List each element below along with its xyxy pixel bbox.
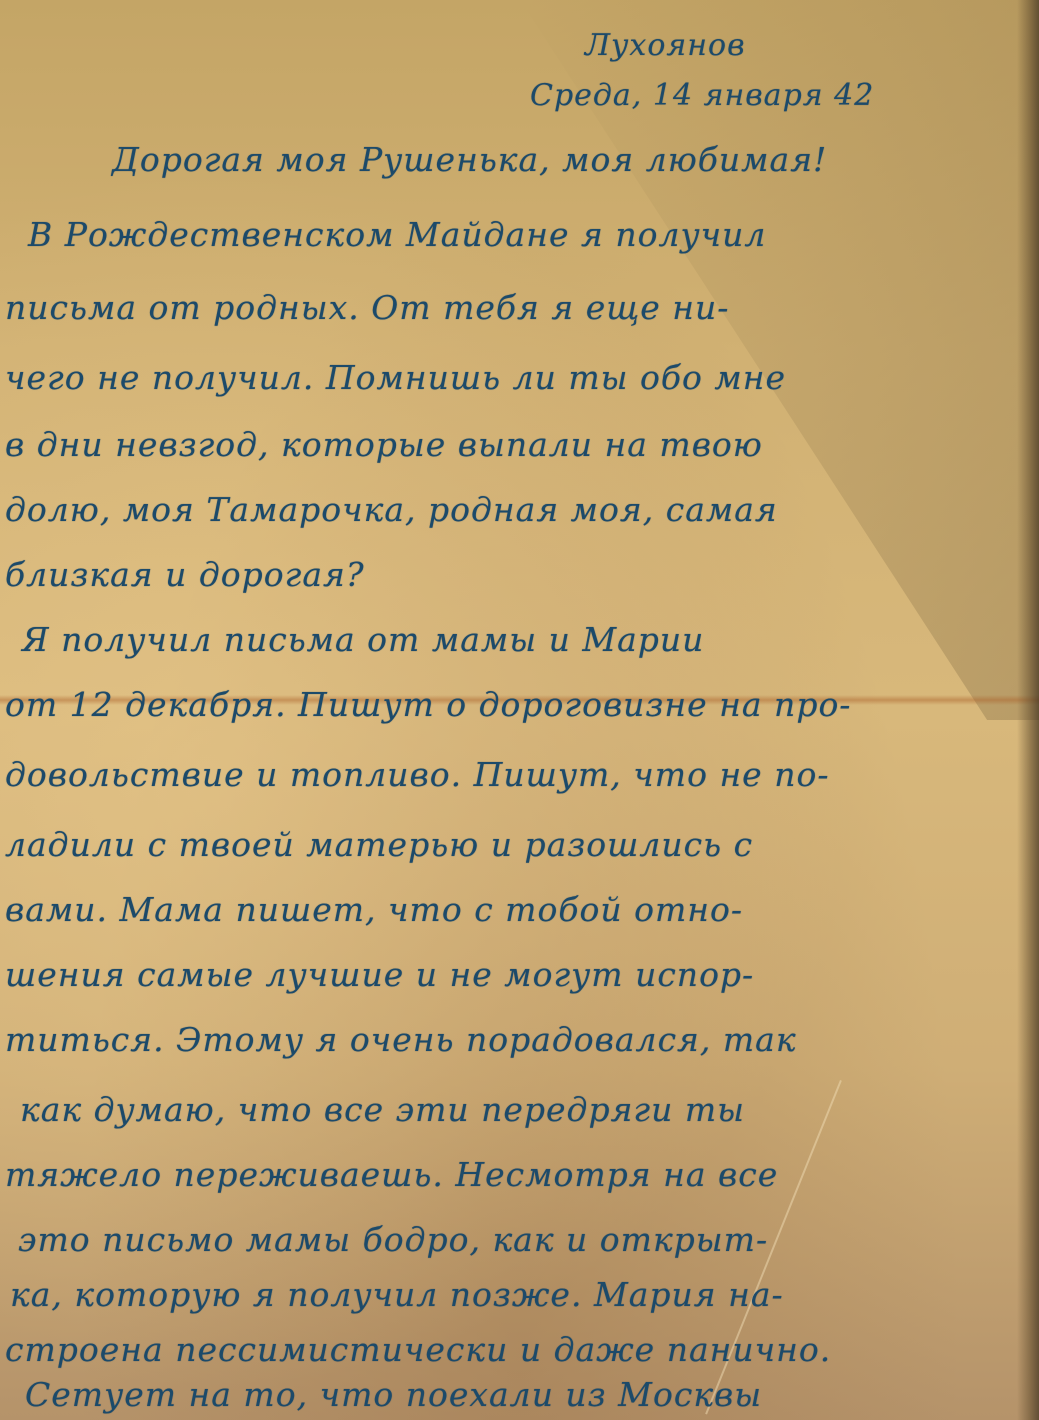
letter-date: Среда, 14 января 42 [530,78,874,113]
letter-line: вами. Мама пишет, что с тобой отно- [5,890,1039,929]
letter-place: Лухоянов [585,28,746,63]
letter-line: титься. Этому я очень порадовался, так [5,1020,1039,1059]
letter-line: Я получил письма от мамы и Марии [22,620,1039,659]
letter-line: в дни невзгод, которые выпали на твою [5,425,1039,464]
letter-line: чего не получил. Помнишь ли ты обо мне [5,358,1039,397]
letter-page: Лухоянов Среда, 14 января 42 Дорогая моя… [0,0,1039,1420]
letter-line: довольствие и топливо. Пишут, что не по- [5,755,1039,794]
letter-line: долю, моя Тамарочка, родная моя, самая [5,490,1039,529]
letter-line: строена пессимистически и даже панично. [5,1330,1039,1369]
letter-line: как думаю, что все эти передряги ты [20,1090,1039,1129]
letter-line: Сетует на то, что поехали из Москвы [25,1375,1039,1414]
letter-line: близкая и дорогая? [5,555,1039,594]
letter-line: это письмо мамы бодро, как и открыт- [18,1220,1039,1259]
letter-line: шения самые лучшие и не могут испор- [5,955,1039,994]
letter-line: письма от родных. От тебя я еще ни- [5,288,1039,327]
letter-line: ка, которую я получил позже. Мария на- [10,1275,1039,1314]
letter-line: Дорогая моя Рушенька, моя любимая! [112,140,1039,179]
letter-line: тяжело переживаешь. Несмотря на все [5,1155,1039,1194]
letter-line: ладили с твоей матерью и разошлись с [5,825,1039,864]
letter-line: от 12 декабря. Пишут о дороговизне на пр… [5,685,1039,724]
letter-line: В Рождественском Майдане я получил [28,215,1039,254]
